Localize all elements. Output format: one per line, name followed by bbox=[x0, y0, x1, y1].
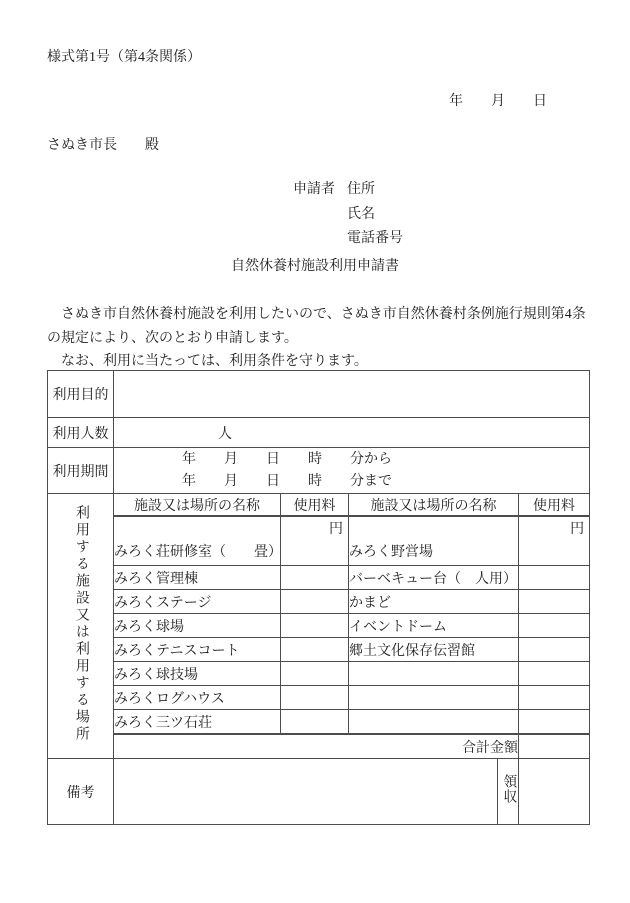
receipt-label-cell: 領収 bbox=[498, 759, 519, 825]
facility-name-cell: かまど bbox=[349, 590, 519, 614]
applicant-fields: 住所 氏名 電話番号 bbox=[347, 178, 403, 252]
fee-cell bbox=[281, 710, 349, 735]
facilities-side-label-cell: 利用する施設又は利用する場所 bbox=[48, 494, 114, 759]
fee-cell bbox=[519, 590, 590, 614]
facility-name-cell: イベントドーム bbox=[349, 614, 519, 638]
fee-cell bbox=[519, 614, 590, 638]
total-fee-cell bbox=[519, 734, 590, 759]
facility-row: みろく球場 イベントドーム bbox=[48, 614, 590, 638]
date-line: 年 月 日 bbox=[449, 93, 547, 110]
facility-name-cell bbox=[349, 710, 519, 735]
facility-name-cell: みろく三ツ石荘 bbox=[114, 710, 281, 735]
addressee: さぬき市長 殿 bbox=[47, 137, 159, 154]
facility-name-cell: みろくステージ bbox=[114, 590, 281, 614]
period-row: 利用期間 年 月 日 時 分から 年 月 日 時 分まで bbox=[48, 448, 590, 494]
people-unit: 人 bbox=[114, 427, 232, 442]
fee-cell bbox=[281, 686, 349, 710]
fee-cell bbox=[281, 590, 349, 614]
fee-cell bbox=[281, 614, 349, 638]
document-page: 様式第1号（第4条関係） 年 月 日 さぬき市長 殿 申請者 住所 氏名 電話番… bbox=[0, 0, 630, 903]
period-from-line: 年 月 日 時 分から bbox=[114, 449, 589, 471]
facility-row: みろく三ツ石荘 bbox=[48, 710, 590, 735]
body-line-2: の規定により、次のとおり申請します。 bbox=[47, 327, 592, 351]
receipt-label: 領収 bbox=[501, 774, 516, 804]
applicant-field-address: 住所 bbox=[347, 178, 403, 203]
fee-cell bbox=[519, 566, 590, 590]
remarks-row: 備考 領収 bbox=[48, 759, 590, 825]
currency-unit: 円 bbox=[329, 522, 343, 537]
receipt-amount-cell bbox=[519, 759, 590, 825]
facility-name-cell bbox=[349, 662, 519, 686]
total-label: 合計金額 bbox=[114, 734, 519, 759]
fee-header-right: 使用料 bbox=[519, 494, 590, 517]
people-row: 利用人数 人 bbox=[48, 418, 590, 448]
facility-name-cell: みろく管理棟 bbox=[114, 566, 281, 590]
fee-cell: 円 bbox=[281, 516, 349, 566]
fee-cell bbox=[519, 686, 590, 710]
facility-row: みろくログハウス bbox=[48, 686, 590, 710]
facility-row: みろくステージ かまど bbox=[48, 590, 590, 614]
facility-row: みろく球技場 bbox=[48, 662, 590, 686]
applicant-field-phone: 電話番号 bbox=[347, 227, 403, 252]
fee-cell bbox=[519, 662, 590, 686]
total-row: 合計金額 bbox=[48, 734, 590, 759]
period-input-cell: 年 月 日 時 分から 年 月 日 時 分まで bbox=[114, 448, 590, 494]
purpose-label: 利用目的 bbox=[48, 371, 114, 418]
facilities-side-label: 利用する施設又は利用する場所 bbox=[73, 505, 88, 743]
facility-row: みろく荘研修室（ 畳） 円 みろく野営場 円 bbox=[48, 516, 590, 566]
application-form-table: 利用目的 利用人数 人 利用期間 年 月 日 時 分から 年 月 日 時 分まで… bbox=[47, 370, 590, 825]
period-to-line: 年 月 日 時 分まで bbox=[114, 471, 589, 493]
fee-cell bbox=[281, 566, 349, 590]
body-text: さぬき市自然休養村施設を利用したいので、さぬき市自然休養村条例施行規則第4条 の… bbox=[47, 303, 592, 374]
facility-name-cell bbox=[349, 686, 519, 710]
facility-name-cell: みろく球場 bbox=[114, 614, 281, 638]
document-title: 自然休養村施設利用申請書 bbox=[0, 255, 630, 275]
facility-name-cell: みろく荘研修室（ 畳） bbox=[114, 516, 281, 566]
fee-cell bbox=[281, 638, 349, 662]
facility-name-cell: 郷土文化保存伝習館 bbox=[349, 638, 519, 662]
people-input-cell: 人 bbox=[114, 418, 590, 448]
name-header-right: 施設又は場所の名称 bbox=[349, 494, 519, 517]
fee-header-left: 使用料 bbox=[281, 494, 349, 517]
purpose-row: 利用目的 bbox=[48, 371, 590, 418]
remarks-input-cell bbox=[114, 759, 498, 825]
remarks-label: 備考 bbox=[48, 759, 114, 825]
facility-row: みろくテニスコート 郷土文化保存伝習館 bbox=[48, 638, 590, 662]
people-label: 利用人数 bbox=[48, 418, 114, 448]
fee-cell bbox=[281, 662, 349, 686]
applicant-label: 申請者 bbox=[293, 178, 335, 252]
form-number: 様式第1号（第4条関係） bbox=[47, 49, 201, 66]
applicant-block: 申請者 住所 氏名 電話番号 bbox=[293, 178, 403, 252]
facility-name-cell: みろくログハウス bbox=[114, 686, 281, 710]
currency-unit: 円 bbox=[570, 522, 584, 537]
facility-name-cell: みろく球技場 bbox=[114, 662, 281, 686]
fee-cell: 円 bbox=[519, 516, 590, 566]
purpose-input-cell bbox=[114, 371, 590, 418]
facility-row: みろく管理棟 バーベキュー台（ 人用） bbox=[48, 566, 590, 590]
body-line-1: さぬき市自然休養村施設を利用したいので、さぬき市自然休養村条例施行規則第4条 bbox=[47, 303, 592, 327]
applicant-field-name: 氏名 bbox=[347, 203, 403, 228]
facility-name-cell: バーベキュー台（ 人用） bbox=[349, 566, 519, 590]
period-label: 利用期間 bbox=[48, 448, 114, 494]
name-header-left: 施設又は場所の名称 bbox=[114, 494, 281, 517]
facilities-header-row: 利用する施設又は利用する場所 施設又は場所の名称 使用料 施設又は場所の名称 使… bbox=[48, 494, 590, 517]
fee-cell bbox=[519, 710, 590, 735]
facility-name-cell: みろく野営場 bbox=[349, 516, 519, 566]
facility-name-cell: みろくテニスコート bbox=[114, 638, 281, 662]
fee-cell bbox=[519, 638, 590, 662]
